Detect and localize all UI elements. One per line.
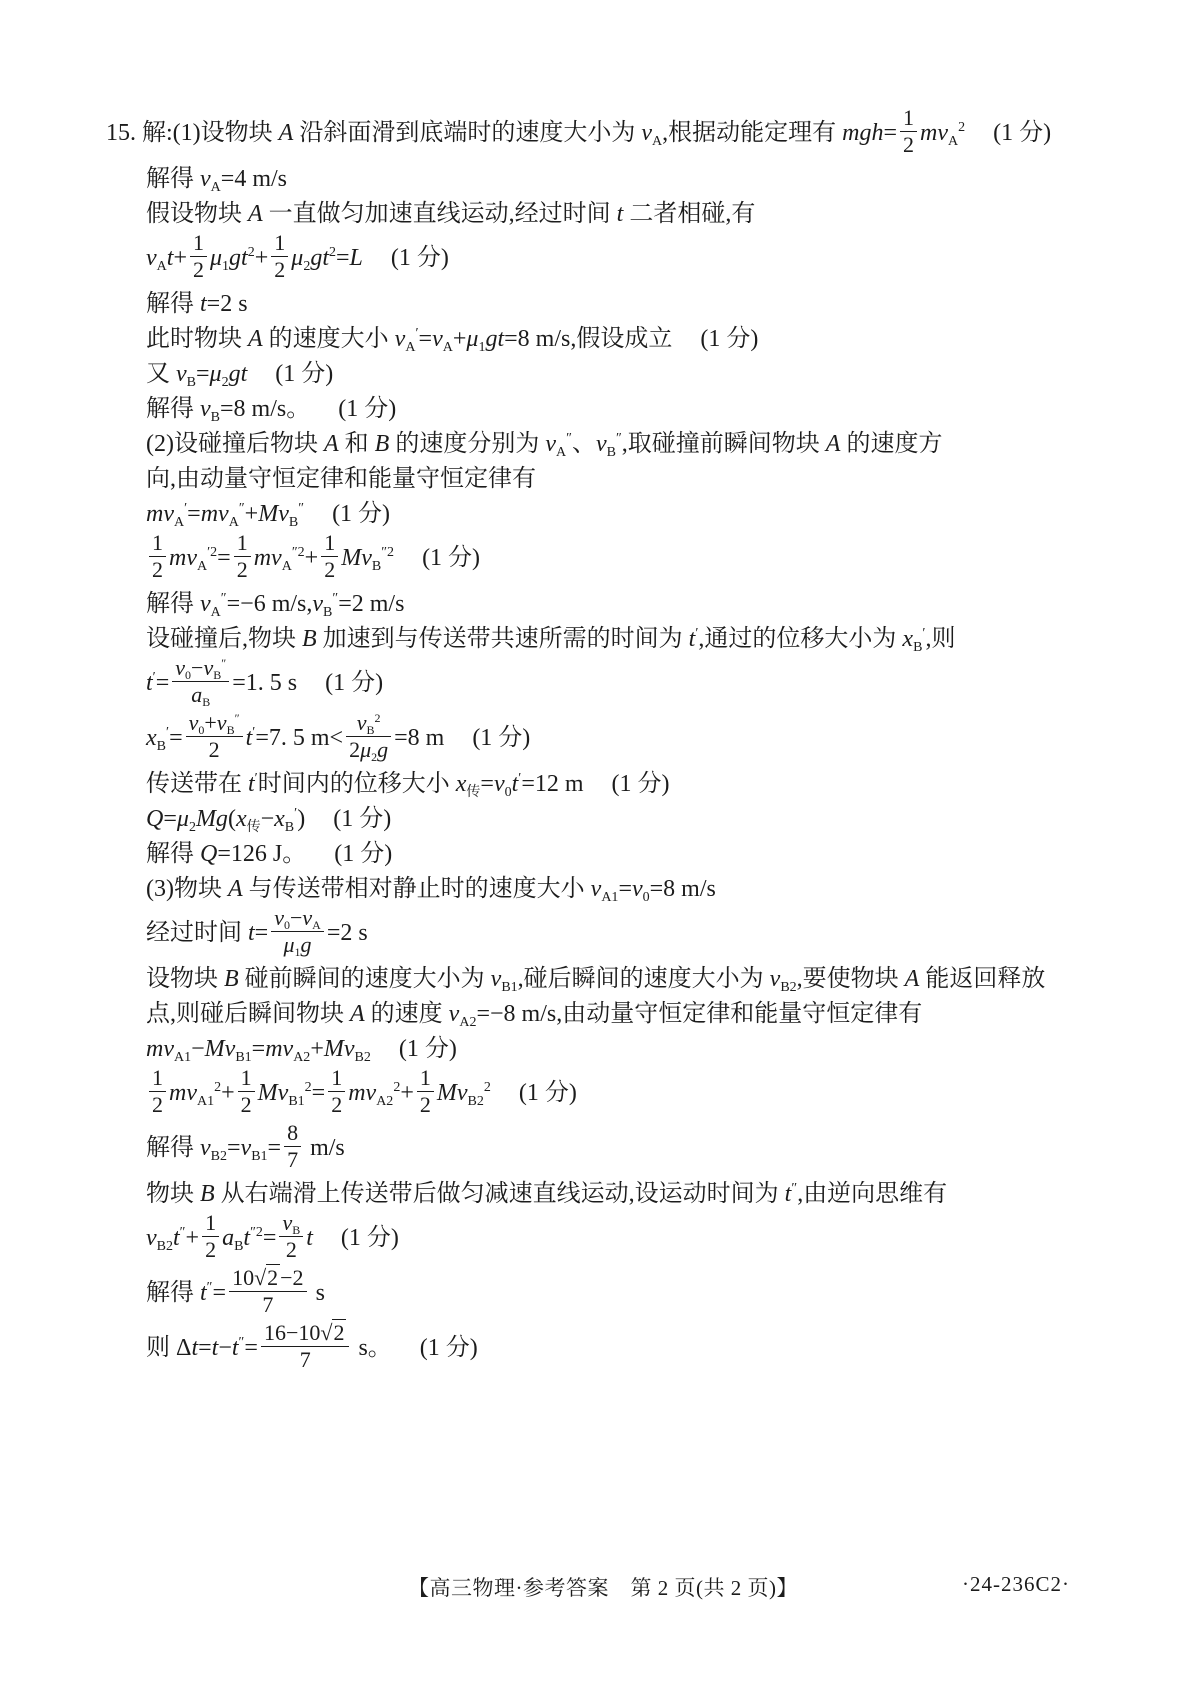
math-variable: v — [241, 1135, 252, 1161]
math-subscript: B — [234, 1239, 243, 1254]
fraction-numerator: 16−10√2 — [261, 1320, 350, 1346]
math-variable: B — [200, 1181, 215, 1207]
text-run: 沿斜面滑到底端时的速度大小为 — [293, 120, 641, 146]
text-run: =−8 m/s,由动量守恒定律和能量守恒定律有 — [476, 1001, 922, 1027]
math-superscript: ″ — [221, 656, 226, 670]
score-marker: (1 分) — [325, 670, 383, 696]
math-superscript: ′2 — [207, 545, 217, 560]
solution-line: (3)物块 A 与传送带相对静止时的速度大小 vA1=v0=8 m/s — [146, 873, 1170, 906]
math-subscript: 0 — [505, 785, 512, 800]
text-run: 2 — [903, 132, 914, 157]
fraction-denominator: μ1g — [281, 932, 315, 958]
text-run: 2 — [420, 1092, 431, 1117]
text-run: 10 — [232, 1265, 254, 1290]
math-variable: g — [301, 932, 312, 957]
radicand: 2 — [332, 1319, 346, 1345]
text-run: = — [419, 326, 433, 352]
text-run: ,通过的位移大小为 — [698, 626, 902, 652]
solution-line: 解得 vA″=−6 m/s,vB″=2 m/s — [146, 588, 1170, 621]
text-run: ,则 — [925, 626, 955, 652]
text-run: = — [163, 806, 177, 832]
solution-line: 此时物块 A 的速度大小 vA′=vA+μ1gt=8 m/s,假设成立(1 分) — [146, 323, 1170, 356]
math-variable: μ — [291, 245, 303, 271]
math-variable: A — [248, 326, 263, 352]
fraction-numerator: 1 — [234, 530, 251, 556]
math-fraction: 12 — [234, 530, 251, 583]
text-run: 解得 — [146, 291, 200, 317]
score-marker: (1 分) — [341, 1225, 399, 1251]
text-run: 2 — [286, 1237, 297, 1262]
text-run: = — [169, 725, 183, 751]
math-variable: t — [306, 1225, 313, 1251]
math-fraction: 12 — [328, 1065, 345, 1118]
text-run: 2 — [237, 557, 248, 582]
fraction-denominator: 7 — [259, 1292, 276, 1318]
text-run: 从右端滑上传送带后做匀减速直线运动,设运动时间为 — [215, 1181, 785, 1207]
math-variable: Mv — [324, 1036, 355, 1062]
text-run: 1 — [324, 530, 335, 555]
math-variable: gt — [229, 361, 248, 387]
math-variable: μ — [177, 806, 189, 832]
text-run: 1 — [903, 105, 914, 130]
text-run: 2 — [152, 1092, 163, 1117]
math-subscript: B — [202, 695, 210, 709]
text-run: ,碰后瞬间的速度大小为 — [518, 966, 770, 992]
text-run: = — [187, 501, 201, 527]
math-variable: L — [350, 245, 363, 271]
radical-sign-icon: √ — [254, 1265, 266, 1290]
math-variable: a — [222, 1225, 234, 1251]
solution-line: 解得 vB2=vB1=87 m/s — [146, 1123, 1170, 1176]
fraction-denominator: 2 — [271, 257, 288, 283]
solution-line: xB′=v0+vB″2t′=7. 5 m<vB22μ2g=8 m(1 分) — [146, 713, 1170, 766]
math-superscript: 2 — [329, 245, 336, 260]
math-variable: Mv — [437, 1080, 468, 1106]
text-run: 1 — [274, 230, 285, 255]
text-run: 2 — [193, 257, 204, 282]
text-run: 1 — [193, 230, 204, 255]
fraction-denominator: 2 — [190, 257, 207, 283]
text-run: 7 — [262, 1292, 273, 1317]
fraction-denominator: 2 — [202, 1237, 219, 1263]
math-variable: A — [324, 431, 339, 457]
text-run: 能返回释放 — [919, 966, 1045, 992]
math-sqrt: √2 — [254, 1264, 280, 1290]
math-fraction: 12 — [190, 230, 207, 283]
fraction-numerator: 1 — [417, 1065, 434, 1091]
math-subscript: B — [289, 515, 298, 530]
solution-line: 解得 Q=126 J。(1 分) — [146, 838, 1170, 871]
text-run: 2 — [324, 557, 335, 582]
math-subscript: A — [282, 559, 292, 574]
text-run: 解得 — [146, 396, 200, 422]
math-variable: v — [395, 326, 406, 352]
math-subscript: A — [197, 559, 207, 574]
math-fraction: 12 — [202, 1210, 219, 1263]
text-run: = — [312, 1080, 326, 1106]
text-run: =4 m/s — [221, 166, 287, 192]
math-variable: v — [146, 245, 157, 271]
text-run: = — [883, 120, 897, 146]
math-subscript: B2 — [780, 980, 796, 995]
footer-page-info: 【高三物理·参考答案 第 2 页(共 2 页)】 — [408, 1572, 798, 1602]
text-run: =1. 5 s — [232, 670, 297, 696]
math-sqrt: √2 — [320, 1319, 346, 1345]
text-run: 1 — [241, 1065, 252, 1090]
math-variable: Q — [200, 841, 217, 867]
math-fraction: v0−vAμ1g — [271, 905, 324, 958]
solution-line: vAt+12μ1gt2+12μ2gt2=L(1 分) — [146, 233, 1170, 286]
text-run: 碰前瞬间的速度大小为 — [239, 966, 491, 992]
math-subscript: B2 — [211, 1149, 227, 1164]
solution-line: Q=μ2Mg(x传−xB′)(1 分) — [146, 803, 1170, 836]
fraction-denominator: 2 — [283, 1237, 300, 1263]
math-variable: Mv — [205, 1036, 236, 1062]
math-variable: a — [191, 682, 202, 707]
math-variable: v — [491, 966, 502, 992]
math-variable: v — [282, 1210, 292, 1235]
math-subscript: B — [211, 410, 220, 425]
text-run: − — [218, 1335, 232, 1361]
radical-sign-icon: √ — [320, 1320, 332, 1345]
fraction-numerator: 8 — [284, 1120, 301, 1146]
text-run: 解得 — [146, 591, 200, 617]
fraction-numerator: 1 — [321, 530, 338, 556]
math-variable: t — [248, 920, 255, 946]
math-variable: v — [641, 120, 652, 146]
fraction-numerator: 10√2−2 — [229, 1265, 307, 1291]
math-subscript: A — [443, 340, 453, 355]
fraction-numerator: vB2 — [354, 710, 384, 736]
math-variable: x — [146, 725, 157, 751]
math-variable: v — [449, 1001, 460, 1027]
math-variable: v — [596, 431, 607, 457]
fraction-denominator: 2 — [149, 557, 166, 583]
text-run: 2 — [349, 737, 360, 762]
text-run: ,由逆向思维有 — [797, 1181, 947, 1207]
math-variable: v — [312, 591, 323, 617]
text-run: 假设物块 — [146, 201, 248, 227]
text-run: 二者相碰,有 — [623, 201, 755, 227]
math-subscript: B — [366, 723, 374, 737]
score-marker: (1 分) — [391, 245, 449, 271]
text-run: 2 — [241, 1092, 252, 1117]
math-variable: mv — [254, 545, 282, 571]
text-run: 、 — [572, 431, 596, 457]
solution-line: mvA1−MvB1=mvA2+MvB2(1 分) — [146, 1033, 1170, 1066]
text-run: 1 — [420, 1065, 431, 1090]
math-fraction: 12 — [149, 530, 166, 583]
math-variable: mv — [920, 120, 948, 146]
text-run: (3)物块 — [146, 876, 228, 902]
math-variable: t — [200, 1280, 207, 1306]
math-variable: v — [200, 591, 211, 617]
fraction-numerator: 1 — [271, 230, 288, 256]
text-run: 设物块 — [146, 966, 224, 992]
math-superscript: ″ — [235, 711, 240, 725]
math-variable: mv — [146, 501, 174, 527]
fraction-numerator: 1 — [900, 105, 917, 131]
text-run: 解得 — [146, 166, 200, 192]
math-variable: μ — [210, 245, 222, 271]
math-variable: A — [248, 201, 263, 227]
math-fraction: 12 — [321, 530, 338, 583]
text-run: + — [310, 1036, 324, 1062]
math-fraction: 16−10√27 — [261, 1320, 350, 1373]
text-run: =−6 m/s, — [227, 591, 313, 617]
fraction-numerator: 1 — [238, 1065, 255, 1091]
math-variable: Mv — [341, 545, 372, 571]
math-subscript: 传 — [466, 785, 480, 800]
math-variable: mv — [265, 1036, 293, 1062]
math-superscript: 2 — [374, 711, 380, 725]
math-subscript: A2 — [376, 1094, 393, 1109]
solution-line: 经过时间 t=v0−vAμ1g=2 s — [146, 908, 1170, 961]
math-subscript: A — [211, 605, 221, 620]
text-run: ) — [297, 806, 305, 832]
math-subscript: B — [187, 375, 196, 390]
fraction-denominator: 2 — [321, 557, 338, 583]
math-variable: B — [224, 966, 239, 992]
text-run: = — [213, 1280, 227, 1306]
fraction-denominator: 2 — [149, 1092, 166, 1118]
math-subscript: A — [405, 340, 415, 355]
fraction-numerator: 1 — [202, 1210, 219, 1236]
solution-line: mvA′=mvA″+MvB″(1 分) — [146, 498, 1170, 531]
text-run: 1 — [331, 1065, 342, 1090]
math-subscript: B — [292, 1223, 300, 1237]
text-run: −2 — [280, 1265, 303, 1290]
math-variable: mv — [146, 1036, 174, 1062]
math-subscript: A — [556, 445, 566, 460]
math-variable: gt — [485, 326, 504, 352]
math-variable: x — [274, 806, 285, 832]
math-variable: v — [494, 771, 505, 797]
fraction-numerator: vB — [279, 1210, 303, 1236]
text-run: − — [191, 1036, 205, 1062]
math-variable: g — [377, 737, 388, 762]
text-run: 15. 解:(1)设物块 — [106, 120, 279, 146]
math-subscript: A — [157, 259, 167, 274]
text-run: 一直做匀加速直线运动,经过时间 — [263, 201, 617, 227]
text-run: = — [217, 545, 231, 571]
text-run: =8 m/s。 — [220, 396, 310, 422]
solution-line: 解得 t″=10√2−27 s — [146, 1268, 1170, 1321]
math-fraction: vB22μ2g — [346, 710, 391, 763]
math-subscript: A — [312, 918, 321, 932]
text-run: s — [310, 1280, 325, 1306]
text-run: m/s — [304, 1135, 345, 1161]
text-run: 经过时间 — [146, 920, 248, 946]
solution-line: 解得 t=2 s — [146, 288, 1170, 321]
text-run: − — [191, 655, 203, 680]
fraction-denominator: 2μ2g — [346, 737, 391, 763]
text-run: − — [261, 806, 275, 832]
math-subscript: 传 — [247, 820, 261, 835]
math-superscript: 2 — [484, 1080, 491, 1095]
math-subscript: A2 — [293, 1050, 310, 1065]
score-marker: (1 分) — [700, 326, 758, 352]
score-marker: (1 分) — [612, 771, 670, 797]
text-run: =2 s — [327, 920, 368, 946]
math-subscript: B — [607, 445, 616, 460]
math-subscript: 2 — [222, 375, 229, 390]
solution-line: t′=v0−vB″aB=1. 5 s(1 分) — [146, 658, 1170, 711]
math-subscript: B — [372, 559, 381, 574]
fraction-numerator: 1 — [190, 230, 207, 256]
text-run: = — [252, 1036, 266, 1062]
text-run: = — [263, 1225, 277, 1251]
text-run: 又 — [146, 361, 176, 387]
math-subscript: A — [211, 180, 221, 195]
radicand: 2 — [266, 1264, 280, 1290]
math-subscript: B1 — [235, 1050, 251, 1065]
math-variable: x — [236, 806, 247, 832]
solution-line: 12mvA′2=12mvA″2+12MvB″2(1 分) — [146, 533, 1170, 586]
math-variable: t — [200, 291, 207, 317]
text-run: = — [618, 876, 632, 902]
math-variable: x — [902, 626, 913, 652]
math-variable: A — [826, 431, 841, 457]
math-variable: v — [200, 396, 211, 422]
text-run: 1 — [152, 530, 163, 555]
math-variable: t — [173, 1225, 180, 1251]
solution-line: 设碰撞后,物块 B 加速到与传送带共速所需的时间为 t′,通过的位移大小为 xB… — [146, 623, 1170, 656]
text-run: =12 m — [521, 771, 583, 797]
text-run: =2 s — [207, 291, 248, 317]
math-variable: Q — [146, 806, 163, 832]
math-subscript: B2 — [157, 1239, 173, 1254]
math-subscript: B2 — [355, 1050, 371, 1065]
text-run: 加速到与传送带共速所需的时间为 — [317, 626, 689, 652]
solution-line: 解得 vA=4 m/s — [146, 163, 1170, 196]
math-variable: v — [200, 166, 211, 192]
math-variable: mv — [201, 501, 229, 527]
math-fraction: 12 — [149, 1065, 166, 1118]
math-subscript: A — [229, 515, 239, 530]
math-variable: v — [770, 966, 781, 992]
math-fraction: v0−vB″aB — [172, 655, 229, 708]
solution-line: 向,由动量守恒定律和能量守恒定律有 — [146, 463, 1170, 496]
score-marker: (1 分) — [338, 396, 396, 422]
solution-line: 传送带在 t′时间内的位移大小 x传=v0t′=12 m(1 分) — [146, 768, 1170, 801]
fraction-denominator: 2 — [238, 1092, 255, 1118]
math-fraction: 12 — [271, 230, 288, 283]
math-variable: Mv — [258, 1080, 289, 1106]
math-variable: v — [200, 1135, 211, 1161]
math-variable: v — [176, 361, 187, 387]
math-variable: A — [350, 1001, 365, 1027]
text-run: = — [196, 361, 210, 387]
score-marker: (1 分) — [332, 501, 390, 527]
text-run: = — [480, 771, 494, 797]
fraction-numerator: v0+vB″ — [186, 710, 243, 736]
math-variable: t — [146, 670, 153, 696]
math-subscript: B1 — [251, 1149, 267, 1164]
text-run: = — [244, 1335, 258, 1361]
math-subscript: B2 — [468, 1094, 484, 1109]
math-subscript: B — [157, 739, 166, 754]
text-run: 解得 — [146, 841, 200, 867]
math-variable: v — [432, 326, 443, 352]
text-run: + — [453, 326, 467, 352]
solution-line: 则 Δt=t−t″=16−10√27 s。(1 分) — [146, 1323, 1170, 1376]
text-run: 2 — [274, 257, 285, 282]
math-fraction: 12 — [417, 1065, 434, 1118]
math-variable: v — [146, 1225, 157, 1251]
text-run: 8 — [287, 1120, 298, 1145]
text-run: 1 — [152, 1065, 163, 1090]
math-variable: μ — [284, 932, 295, 957]
text-run: + — [173, 245, 187, 271]
math-superscript: ″2 — [381, 545, 394, 560]
math-variable: μ — [360, 737, 371, 762]
score-marker: (1 分) — [519, 1080, 577, 1106]
text-run: − — [290, 905, 302, 930]
math-subscript: A — [652, 134, 662, 149]
math-variable: x — [456, 771, 467, 797]
fraction-numerator: v0−vA — [271, 905, 324, 931]
math-variable: v — [217, 710, 227, 735]
text-run: ,根据动能定理有 — [662, 120, 842, 146]
text-run: ( — [228, 806, 236, 832]
math-superscript: 2 — [248, 245, 255, 260]
math-fraction: 87 — [284, 1120, 301, 1173]
text-run: 和 — [339, 431, 375, 457]
text-run: + — [255, 245, 269, 271]
fraction-numerator: 1 — [149, 530, 166, 556]
solution-line: 物块 B 从右端滑上传送带后做匀减速直线运动,设运动时间为 t″,由逆向思维有 — [146, 1178, 1170, 1211]
text-run: + — [245, 501, 259, 527]
math-variable: B — [375, 431, 390, 457]
text-run: 设碰撞后,物块 — [146, 626, 302, 652]
math-variable: μ — [210, 361, 222, 387]
score-marker: (1 分) — [334, 841, 392, 867]
math-fraction: 10√2−27 — [229, 1265, 307, 1318]
math-subscript: A — [948, 134, 958, 149]
math-fraction: v0+vB″2 — [186, 710, 243, 763]
math-variable: B — [302, 626, 317, 652]
text-run: =8 m/s,假设成立 — [504, 326, 672, 352]
fraction-denominator: 7 — [284, 1147, 301, 1173]
text-run: = — [268, 1135, 282, 1161]
text-run: 的速度 — [365, 1001, 449, 1027]
text-run: (2)设碰撞后物块 — [146, 431, 324, 457]
math-variable: A — [228, 876, 243, 902]
math-variable: v — [591, 876, 602, 902]
text-run: 物块 — [146, 1181, 200, 1207]
text-run: 1 — [237, 530, 248, 555]
answer-sheet-page: 15. 解:(1)设物块 A 沿斜面滑到底端时的速度大小为 vA,根据动能定理有… — [0, 0, 1200, 1687]
solution-line: 15. 解:(1)设物块 A 沿斜面滑到底端时的速度大小为 vA,根据动能定理有… — [106, 108, 1170, 161]
text-run: 传送带在 — [146, 771, 248, 797]
text-run: 2 — [209, 737, 220, 762]
text-run: ,取碰撞前瞬间物块 — [622, 431, 826, 457]
math-superscript: ″2 — [292, 545, 305, 560]
solution-line: 解得 vB=8 m/s。(1 分) — [146, 393, 1170, 426]
math-subscript: A2 — [459, 1015, 476, 1030]
math-fraction: vB2 — [279, 1210, 303, 1263]
math-variable: gt — [310, 245, 329, 271]
text-run: ,要使物块 — [797, 966, 905, 992]
math-variable: A — [279, 120, 294, 146]
score-marker: (1 分) — [472, 725, 530, 751]
text-run: 向,由动量守恒定律和能量守恒定律有 — [146, 466, 536, 492]
math-subscript: B — [213, 668, 221, 682]
text-run: 此时物块 — [146, 326, 248, 352]
math-subscript: A1 — [174, 1050, 191, 1065]
text-run: + — [204, 710, 216, 735]
